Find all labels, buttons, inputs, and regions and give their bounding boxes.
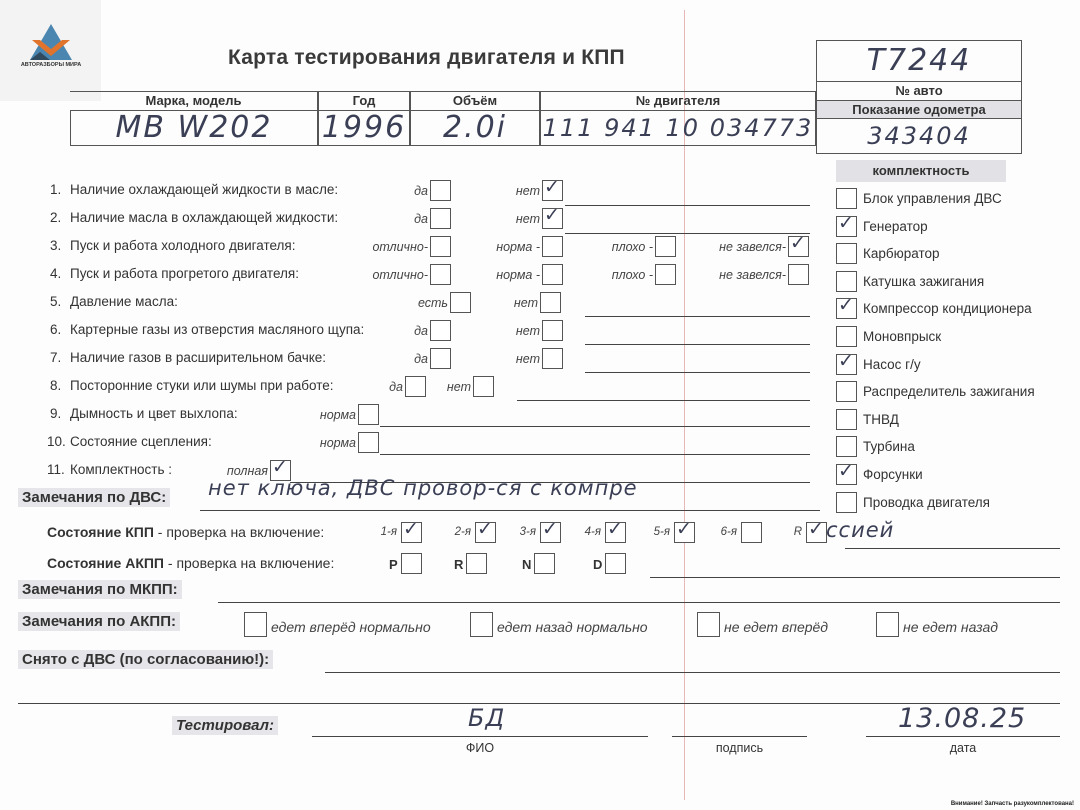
manual-gearbox-label: Состояние КПП - проверка на включение: — [47, 524, 324, 540]
header-value-text: MB W202 — [116, 110, 273, 145]
name-caption: ФИО — [312, 741, 648, 755]
check-mark-icon: ✓ — [542, 518, 558, 540]
header-value-text: 1996 — [322, 110, 406, 145]
check-number: 9. — [50, 406, 61, 421]
manual-gearbox-line — [845, 548, 1060, 549]
gear-checkbox-1-я[interactable]: ✓ — [401, 522, 422, 543]
engine-remarks-value-cont: ссией — [826, 518, 894, 542]
option-label: нет — [430, 380, 471, 394]
option-label: нет — [490, 324, 540, 338]
kit-item-label: Проводка двигателя — [863, 495, 990, 510]
check-number: 3. — [50, 238, 61, 253]
option-label: плохо - — [600, 268, 653, 282]
option-label: плохо - — [600, 240, 653, 254]
engine-remarks-underline — [200, 510, 820, 511]
gear-label: 3-я — [492, 526, 536, 538]
gear-label: 5-я — [628, 526, 670, 538]
gear-label: 6-я — [693, 526, 737, 538]
checkbox-3-2[interactable] — [542, 236, 563, 257]
position-checkbox-P[interactable] — [401, 553, 422, 574]
checkbox-3-4[interactable]: ✓ — [788, 236, 809, 257]
check-mark-icon: ✓ — [403, 518, 419, 540]
header-value-text: 2.0i — [443, 110, 507, 145]
notes-line[interactable] — [380, 454, 810, 455]
position-checkbox-N[interactable] — [534, 553, 555, 574]
check-mark-icon: ✓ — [838, 294, 854, 316]
car-number-label: № авто — [816, 81, 1022, 101]
header-value-2[interactable]: 1996 — [318, 110, 410, 146]
checkbox-3-1[interactable] — [430, 236, 451, 257]
option-label: нет — [490, 352, 540, 366]
gear-label: 2-я — [424, 526, 471, 538]
checkbox-1-2[interactable]: ✓ — [542, 180, 563, 201]
check-mark-icon: ✓ — [838, 212, 854, 234]
removed-input[interactable] — [325, 672, 1060, 673]
gear-checkbox-5-я[interactable]: ✓ — [674, 522, 695, 543]
check-label: Наличие охлаждающей жидкости в масле: — [70, 182, 338, 197]
akpp-option-label: не едет назад — [903, 619, 998, 635]
notes-line[interactable] — [585, 344, 810, 345]
checkbox-4-3[interactable] — [655, 264, 676, 285]
tested-label: Тестировал: — [172, 716, 278, 735]
check-label: Дымность и цвет выхлопа: — [70, 406, 238, 421]
akpp-checkbox-2[interactable] — [470, 612, 493, 637]
checkbox-4-4[interactable] — [788, 264, 809, 285]
akpp-option-label: едет назад нормально — [497, 619, 648, 635]
checkbox-6-1[interactable] — [430, 320, 451, 341]
gear-checkbox-4-я[interactable]: ✓ — [605, 522, 626, 543]
page-title: Карта тестирования двигателя и КПП — [228, 46, 625, 70]
akpp-checkbox-4[interactable] — [876, 612, 899, 637]
checkbox-6-2[interactable] — [542, 320, 563, 341]
position-label: N — [522, 557, 531, 572]
check-mark-icon: ✓ — [808, 518, 824, 540]
odometer-label: Показание одометра — [816, 100, 1022, 119]
footer-note: Внимание! Запчасть разукомплектована! — [951, 801, 1074, 807]
checkbox-10-1[interactable] — [358, 432, 379, 453]
car-number-value: T7244 — [867, 43, 972, 78]
kit-checkbox-4[interactable] — [836, 271, 857, 292]
option-label: да — [330, 184, 428, 198]
kit-checkbox-11[interactable]: ✓ — [836, 464, 857, 485]
odometer-cell: 343404 — [816, 118, 1022, 154]
date-line — [866, 736, 1060, 737]
sign-line[interactable] — [672, 736, 807, 737]
kit-item-label: Блок управления ДВС — [863, 191, 1002, 206]
kit-checkbox-2[interactable]: ✓ — [836, 216, 857, 237]
option-label: нет — [490, 212, 540, 226]
option-label: да — [330, 324, 428, 338]
checkbox-1-1[interactable] — [430, 180, 451, 201]
checkbox-8-1[interactable] — [405, 376, 426, 397]
gear-checkbox-3-я[interactable]: ✓ — [540, 522, 561, 543]
check-label: Комплектность : — [70, 462, 172, 477]
kit-checkbox-7[interactable]: ✓ — [836, 354, 857, 375]
kit-item-label: Распределитель зажигания — [863, 384, 1035, 399]
gear-label: 1-я — [360, 526, 397, 538]
check-mark-icon: ✓ — [676, 518, 692, 540]
option-label: да — [330, 352, 428, 366]
engine-remarks-label: Замечания по ДВС: — [18, 488, 170, 507]
auto-gearbox-label: Состояние АКПП - проверка на включение: — [47, 555, 334, 571]
kit-item-label: Моновпрыск — [863, 329, 941, 344]
header-value-3[interactable]: 2.0i — [410, 110, 540, 146]
kit-item-label: Катушка зажигания — [863, 274, 984, 289]
check-number: 6. — [50, 322, 61, 337]
check-mark-icon: ✓ — [838, 350, 854, 372]
logo: АВТОРАЗБОРЫ МИРА — [0, 0, 101, 101]
position-label: P — [389, 557, 398, 572]
kit-item-label: Компрессор кондиционера — [863, 301, 1032, 316]
akpp-checkbox-1[interactable] — [244, 612, 267, 637]
position-label: R — [454, 557, 463, 572]
kit-checkbox-9[interactable] — [836, 409, 857, 430]
option-label: не завелся- — [700, 240, 786, 254]
check-number: 5. — [50, 294, 61, 309]
check-mark-icon: ✓ — [607, 518, 623, 540]
kit-checkbox-5[interactable]: ✓ — [836, 298, 857, 319]
car-number-cell: T7244 — [816, 40, 1022, 82]
mkpp-remarks-label: Замечания по МКПП: — [18, 580, 182, 599]
check-label: Пуск и работа холодного двигателя: — [70, 238, 296, 253]
header-col-1: Марка, модель — [70, 91, 318, 111]
logo-icon — [28, 22, 74, 62]
check-label: Наличие газов в расширительном бачке: — [70, 350, 326, 365]
kit-checkbox-8[interactable] — [836, 381, 857, 402]
check-mark-icon: ✓ — [544, 176, 560, 198]
odometer-value: 343404 — [867, 122, 971, 150]
name-value[interactable]: БД — [468, 704, 505, 732]
gear-checkbox-6-я[interactable] — [741, 522, 762, 543]
kit-item-label: Карбюратор — [863, 246, 940, 261]
checkbox-4-1[interactable] — [430, 264, 451, 285]
check-label: Давление масла: — [70, 294, 178, 309]
header-value-4[interactable]: 111 941 10 034773 — [540, 110, 816, 146]
check-label: Посторонние стуки или шумы при работе: — [70, 378, 334, 393]
notes-line[interactable] — [565, 233, 810, 234]
check-number: 1. — [50, 182, 61, 197]
gear-checkbox-R[interactable]: ✓ — [806, 522, 827, 543]
check-mark-icon: ✓ — [790, 232, 806, 254]
notes-line[interactable] — [585, 316, 810, 317]
kit-item-label: ТНВД — [863, 412, 899, 427]
checkbox-2-1[interactable] — [430, 208, 451, 229]
notes-line[interactable] — [565, 205, 810, 206]
header-col-2: Год — [318, 91, 410, 111]
kit-checkbox-12[interactable] — [836, 492, 857, 513]
gear-label: R — [772, 526, 802, 538]
option-label: не завелся- — [700, 268, 786, 282]
check-number: 2. — [50, 210, 61, 225]
date-value[interactable]: 13.08.25 — [898, 703, 1026, 734]
option-label: нет — [490, 184, 540, 198]
option-label: нет — [490, 296, 538, 310]
header-col-4: № двигателя — [540, 91, 816, 111]
name-line — [312, 736, 648, 737]
option-label: да — [370, 380, 403, 394]
check-label: Наличие масла в охлаждающей жидкости: — [70, 210, 338, 225]
kit-checkbox-1[interactable] — [836, 188, 857, 209]
checkbox-5-2[interactable] — [540, 292, 561, 313]
notes-line[interactable] — [585, 372, 810, 373]
kit-checkbox-10[interactable] — [836, 436, 857, 457]
kit-item-label: Генератор — [863, 219, 928, 234]
akpp-option-label: не едет вперёд — [724, 619, 828, 635]
header-col-3: Объём — [410, 91, 540, 111]
check-label: Пуск и работа прогретого двигателя: — [70, 266, 299, 281]
notes-line[interactable] — [380, 426, 810, 427]
check-number: 11. — [47, 462, 65, 477]
option-label: есть — [395, 296, 448, 310]
date-caption: дата — [866, 741, 1060, 755]
checkbox-7-2[interactable] — [542, 348, 563, 369]
check-mark-icon: ✓ — [838, 460, 854, 482]
akpp-checkbox-3[interactable] — [697, 612, 720, 637]
auto-gearbox-line — [650, 577, 1060, 578]
removed-label: Снято с ДВС (по согласованию!): — [18, 650, 273, 669]
position-checkbox-D[interactable] — [605, 553, 626, 574]
check-number: 7. — [50, 350, 61, 365]
checkbox-2-2[interactable]: ✓ — [542, 208, 563, 229]
check-label: Картерные газы из отверстия масляного щу… — [70, 322, 364, 337]
checkbox-3-3[interactable] — [655, 236, 676, 257]
option-label: отлично- — [330, 240, 428, 254]
kit-item-label: Насос г/у — [863, 357, 921, 372]
option-label: да — [330, 212, 428, 226]
kit-title: комплектность — [836, 160, 1006, 182]
header-value-1[interactable]: MB W202 — [70, 110, 318, 146]
kit-checkbox-3[interactable] — [836, 243, 857, 264]
checkbox-7-1[interactable] — [430, 348, 451, 369]
option-label: норма - — [490, 240, 540, 254]
check-mark-icon: ✓ — [477, 518, 493, 540]
akpp-remarks-label: Замечания по АКПП: — [18, 612, 180, 631]
checkbox-9-1[interactable] — [358, 404, 379, 425]
notes-line[interactable] — [517, 400, 810, 401]
position-label: D — [593, 557, 602, 572]
check-mark-icon: ✓ — [544, 204, 560, 226]
kit-item-label: Форсунки — [863, 467, 923, 482]
option-label: норма — [250, 436, 356, 450]
option-label: отлично- — [330, 268, 428, 282]
checkbox-4-2[interactable] — [542, 264, 563, 285]
option-label: норма — [250, 408, 356, 422]
check-number: 8. — [50, 378, 61, 393]
akpp-option-label: едет вперёд нормально — [271, 619, 431, 635]
check-number: 10. — [47, 434, 66, 449]
kit-checkbox-6[interactable] — [836, 326, 857, 347]
kit-item-label: Турбина — [863, 439, 915, 454]
position-checkbox-R[interactable] — [466, 553, 487, 574]
check-mark-icon: ✓ — [272, 456, 288, 478]
logo-text: АВТОРАЗБОРЫ МИРА — [18, 62, 84, 69]
mkpp-remarks-input[interactable] — [218, 602, 1060, 603]
check-label: Состояние сцепления: — [70, 434, 212, 449]
header-value-text: 111 941 10 034773 — [543, 114, 814, 142]
option-label: норма - — [490, 268, 540, 282]
gear-label: 4-я — [559, 526, 601, 538]
checkbox-8-2[interactable] — [473, 376, 494, 397]
sign-caption: подпись — [672, 741, 807, 755]
engine-remarks-value[interactable]: нет ключа, ДВС провор-ся с компре — [208, 476, 638, 500]
check-number: 4. — [50, 266, 61, 281]
checkbox-5-1[interactable] — [450, 292, 471, 313]
